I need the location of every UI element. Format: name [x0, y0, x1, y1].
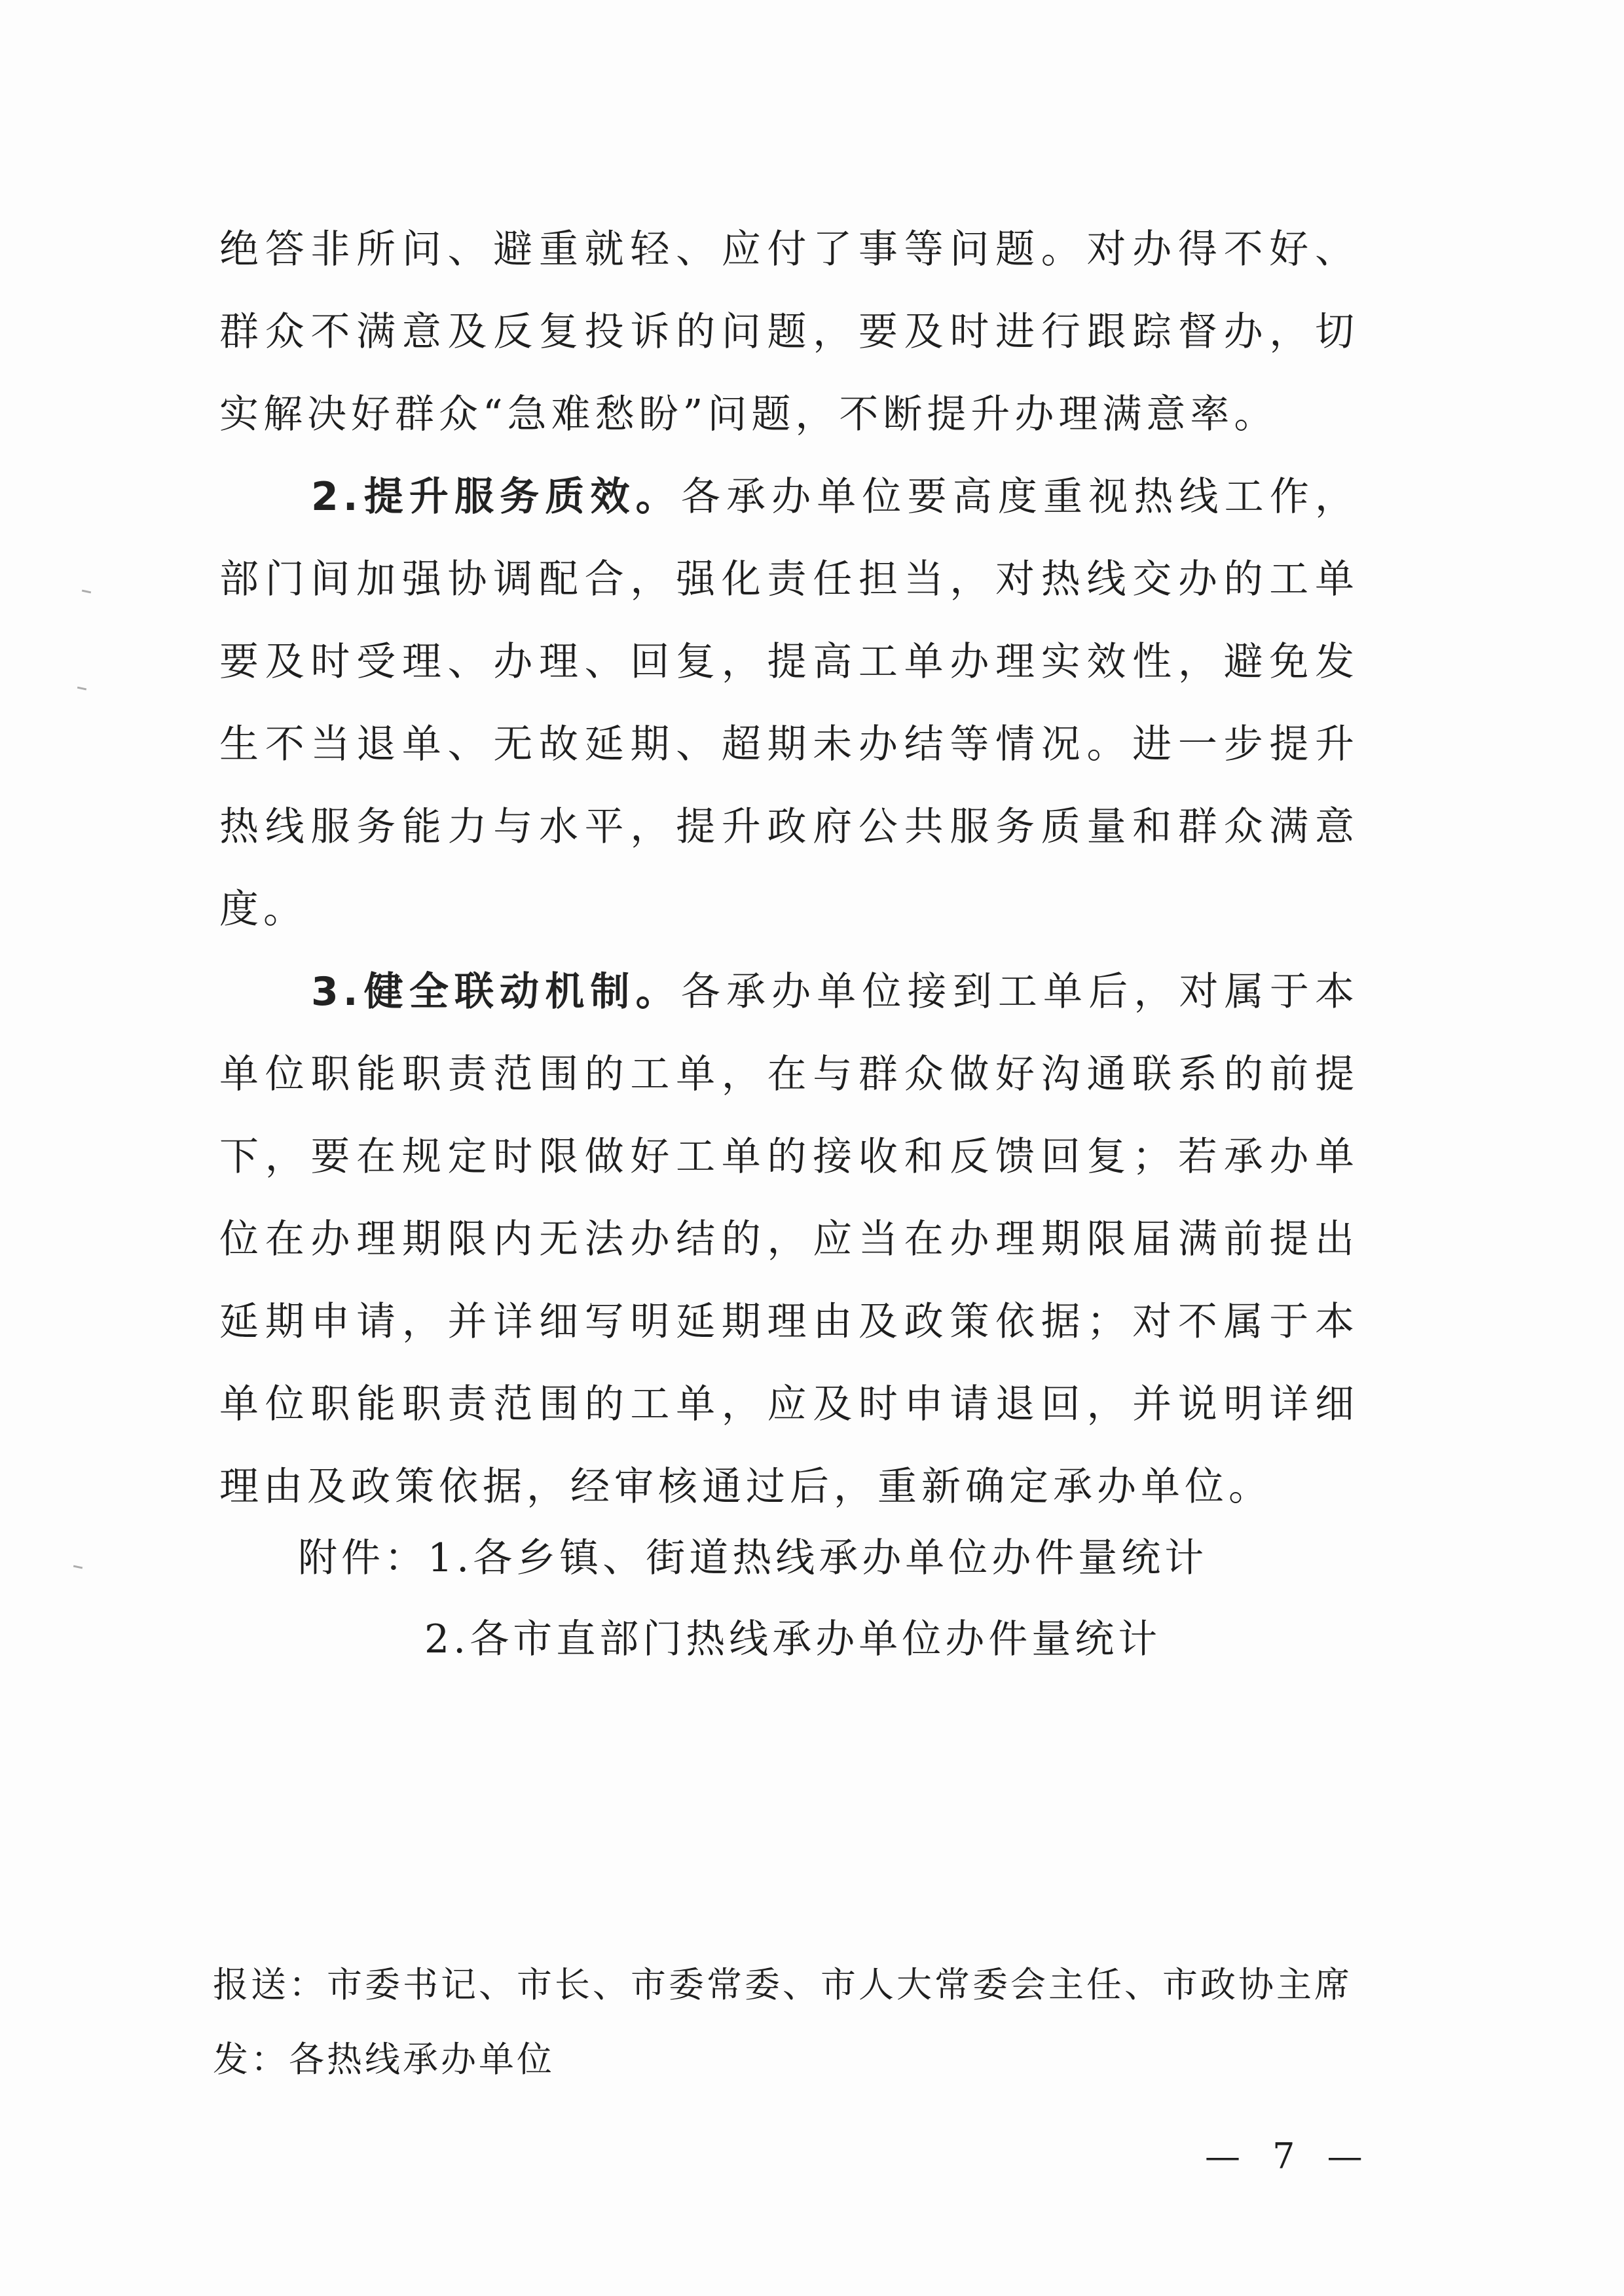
scan-speck — [73, 1565, 83, 1569]
section-2-heading: 2.提升服务质效。 — [311, 474, 681, 520]
section-3-body: 各承办单位接到工单后，对属于本单位职能职责范围的工单，在与群众做好沟通联系的前提… — [219, 969, 1359, 1510]
section-3-heading: 3.健全联动机制。 — [311, 969, 681, 1015]
continuation-paragraph: 绝答非所问、避重就轻、应付了事等问题。对办得不好、群众不满意及反复投诉的问题，要… — [219, 208, 1359, 456]
attachment-item: 1.各乡镇、街道热线承办单位办件量统计 — [428, 1535, 1208, 1581]
scan-speck — [77, 687, 86, 691]
attachment-row-1: 附件：1.各乡镇、街道热线承办单位办件量统计 — [298, 1518, 1208, 1599]
document-body: 绝答非所问、避重就轻、应付了事等问题。对办得不好、群众不满意及反复投诉的问题，要… — [219, 208, 1359, 1528]
report-to-line: 报送：市委书记、市长、市委常委、市人大常委会主任、市政协主席 — [213, 1948, 1352, 2022]
page-number: — 7 — — [1205, 2136, 1373, 2177]
attachments-block: 附件：1.各乡镇、街道热线承办单位办件量统计 2.各市直部门热线承办单位办件量统… — [298, 1518, 1208, 1680]
send-to-line: 发：各热线承办单位 — [213, 2022, 1352, 2097]
attachment-row-2: 2.各市直部门热线承办单位办件量统计 — [298, 1599, 1208, 1680]
attachment-item: 2.各市直部门热线承办单位办件量统计 — [424, 1616, 1161, 1662]
document-page: 绝答非所问、避重就轻、应付了事等问题。对办得不好、群众不满意及反复投诉的问题，要… — [0, 0, 1624, 2296]
section-2-body: 各承办单位要高度重视热线工作，部门间加强协调配合，强化责任担当，对热线交办的工单… — [219, 474, 1359, 932]
attachments-label: 附件： — [298, 1535, 428, 1581]
section-3-paragraph: 3.健全联动机制。各承办单位接到工单后，对属于本单位职能职责范围的工单，在与群众… — [219, 951, 1359, 1528]
section-2-paragraph: 2.提升服务质效。各承办单位要高度重视热线工作，部门间加强协调配合，强化责任担当… — [219, 456, 1359, 951]
distribution-block: 报送：市委书记、市长、市委常委、市人大常委会主任、市政协主席 发：各热线承办单位 — [213, 1948, 1352, 2097]
scan-speck — [82, 590, 91, 594]
